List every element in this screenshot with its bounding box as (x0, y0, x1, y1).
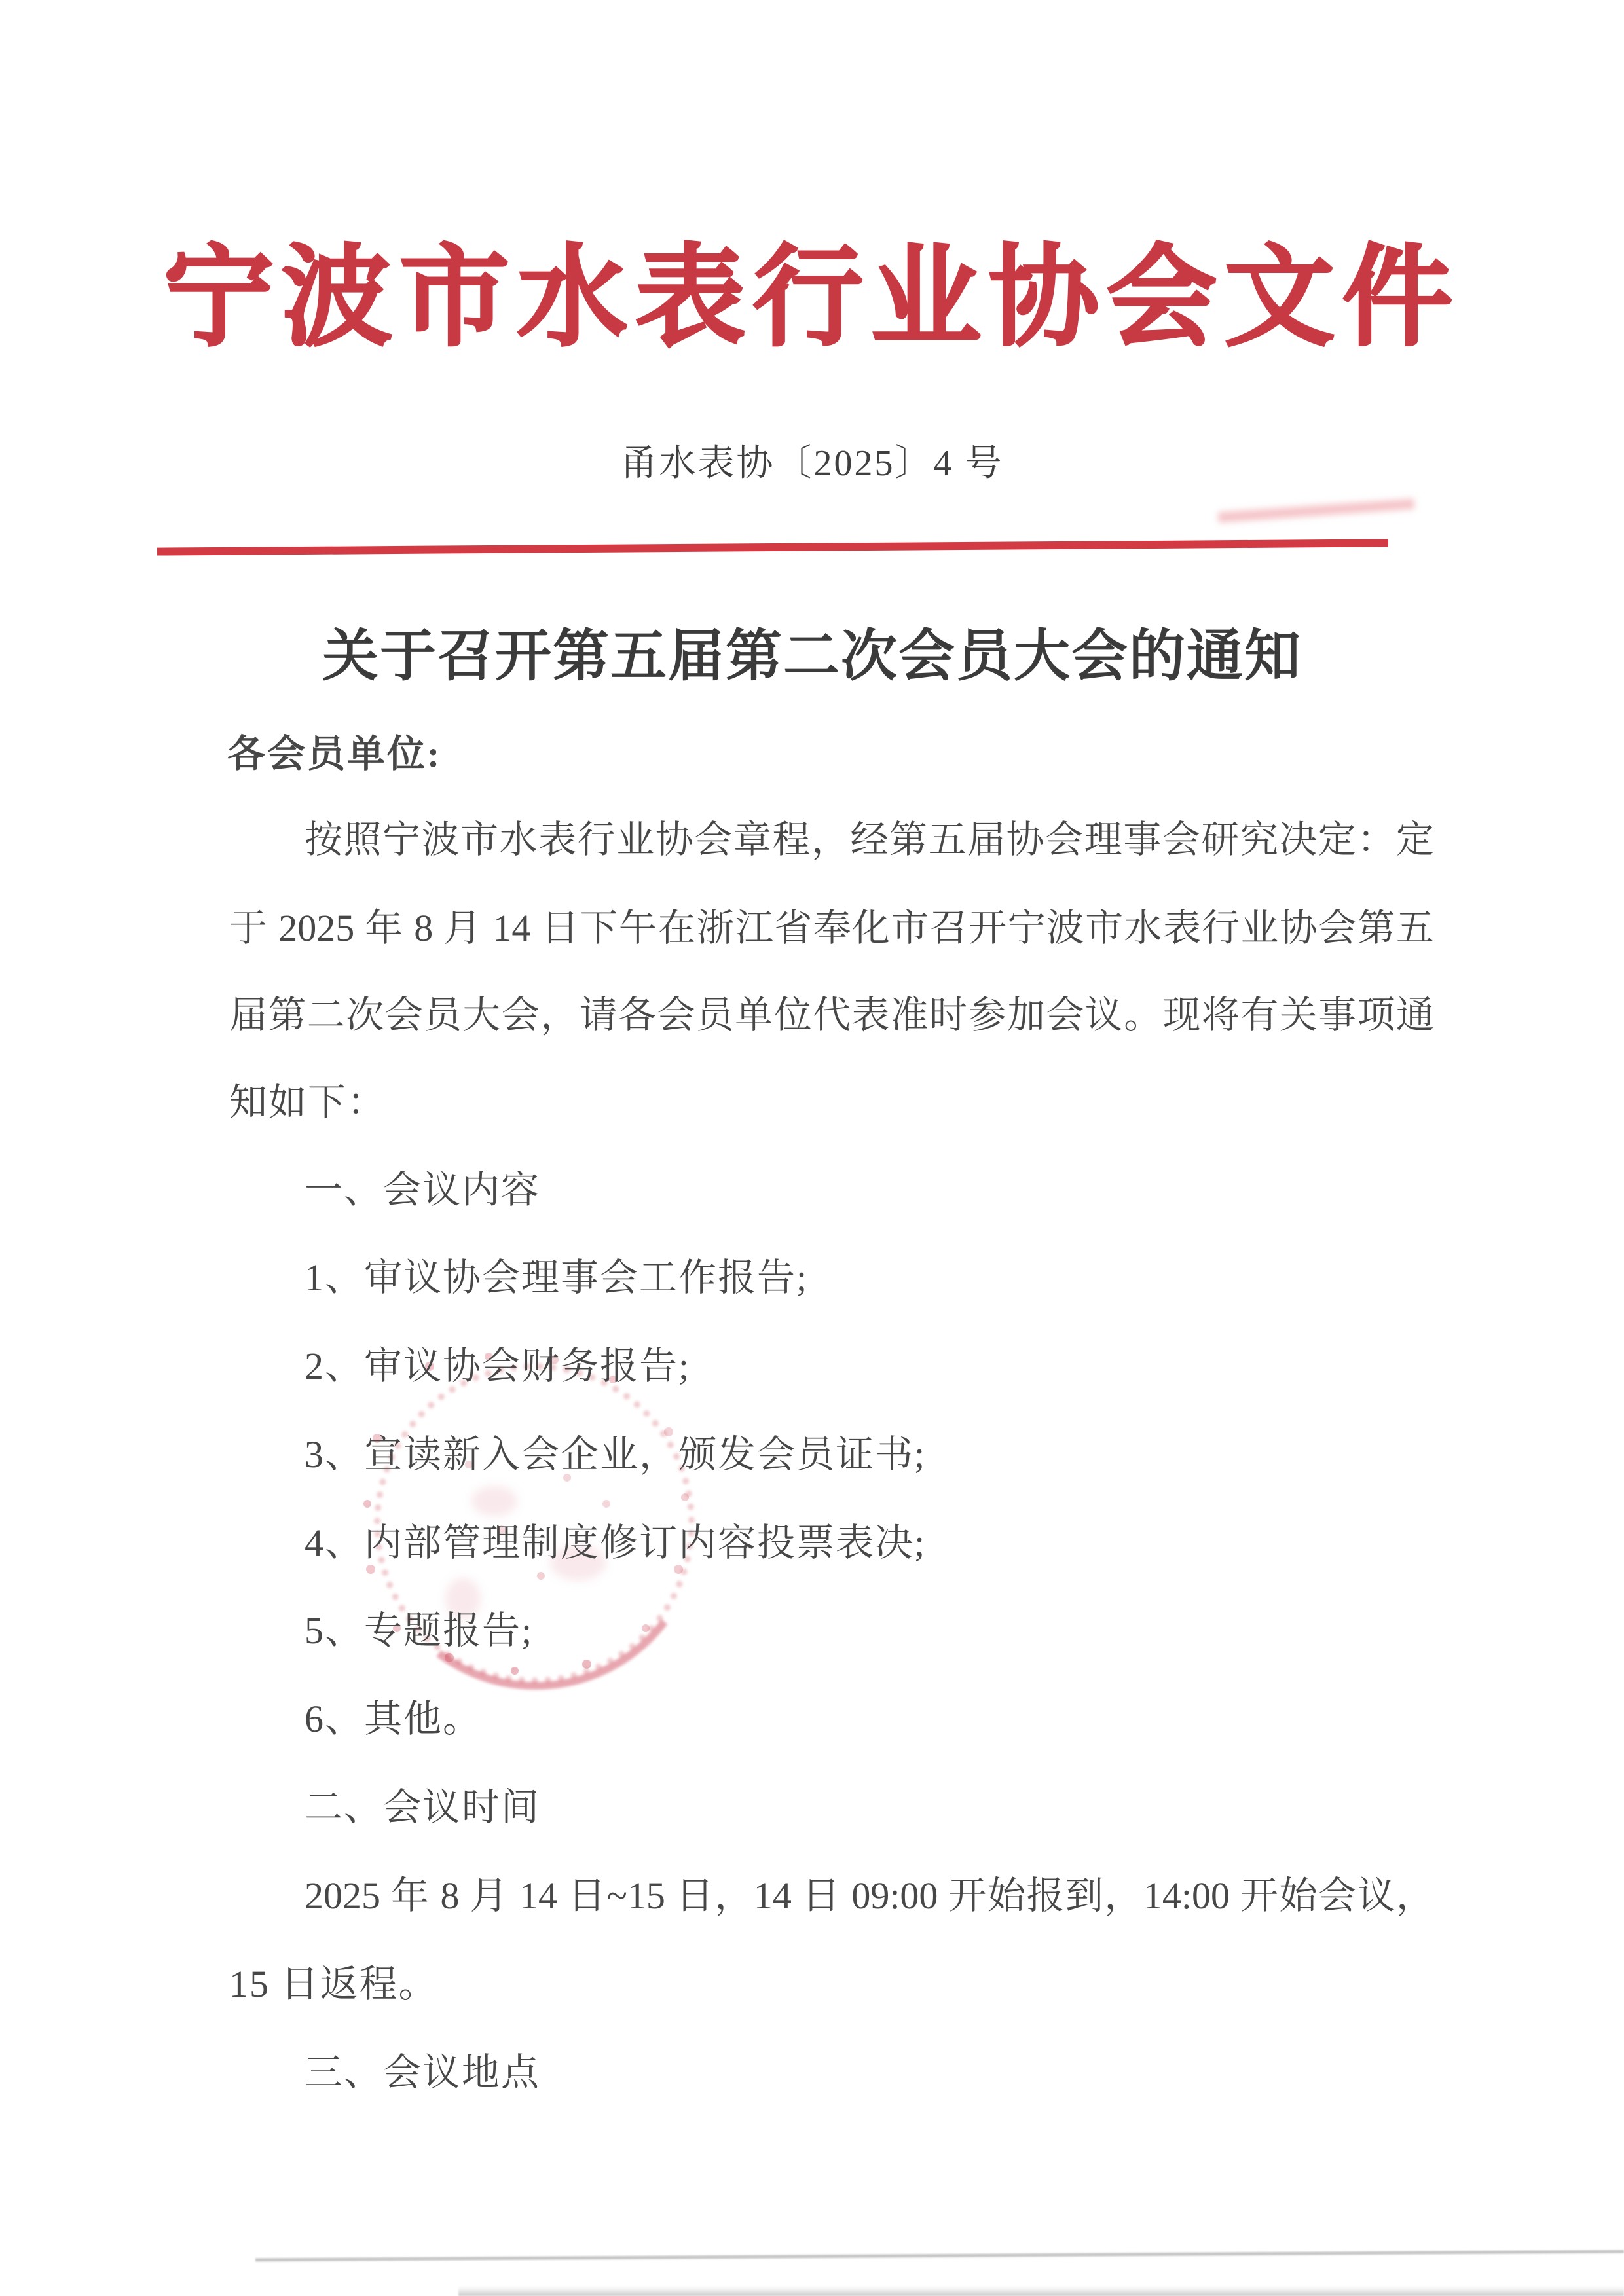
agenda-item: 3、宣读新入会企业，颁发会员证书; (304, 1432, 926, 1477)
red-divider-rule (157, 539, 1388, 555)
document-number: 甬水表协〔2025〕4 号 (0, 445, 1624, 482)
intro-line: 按照宁波市水表行业协会章程，经第五届协会理事会研究决定：定 (304, 818, 1434, 862)
intro-line: 于 2025 年 8 月 14 日下午在浙江省奉化市召开宁波市水表行业协会第五 (229, 906, 1434, 951)
scan-bottom-shadow-artifact (458, 2286, 1624, 2296)
section-heading-time: 二、会议时间 (304, 1785, 540, 1830)
notice-title: 关于召开第五届第二次会员大会的通知 (0, 626, 1624, 687)
scan-gray-line-artifact (255, 2250, 1624, 2262)
section-heading-location: 三、会议地点 (304, 2050, 540, 2095)
scan-pink-smear-artifact (1218, 499, 1414, 523)
agenda-item: 4、内部管理制度修订内容投票表决; (304, 1521, 926, 1565)
agenda-item: 1、审议协会理事会工作报告; (304, 1256, 808, 1300)
salutation: 各会员单位: (227, 732, 441, 776)
scanned-document-page: 宁波市水表行业协会文件 甬水表协〔2025〕4 号 关于召开第五届第二次会员大会… (0, 0, 1624, 2296)
intro-line: 届第二次会员大会，请各会员单位代表准时参加会议。现将有关事项通 (229, 993, 1434, 1038)
official-seal-stamp-smudge (471, 1486, 517, 1516)
time-line: 2025 年 8 月 14 日~15 日，14 日 09:00 开始报到，14:… (304, 1874, 1434, 1918)
agenda-item: 2、审议协会财务报告; (304, 1344, 690, 1389)
agenda-item: 6、其他。 (304, 1697, 482, 1741)
intro-line: 知如下： (229, 1080, 386, 1125)
official-seal-stamp-specks (525, 1514, 530, 1520)
section-heading-agenda: 一、会议内容 (304, 1168, 540, 1212)
time-line: 15 日返程。 (229, 1962, 438, 2007)
org-letterhead-title: 宁波市水表行业协会文件 (0, 244, 1624, 354)
agenda-item: 5、专题报告; (304, 1609, 533, 1653)
